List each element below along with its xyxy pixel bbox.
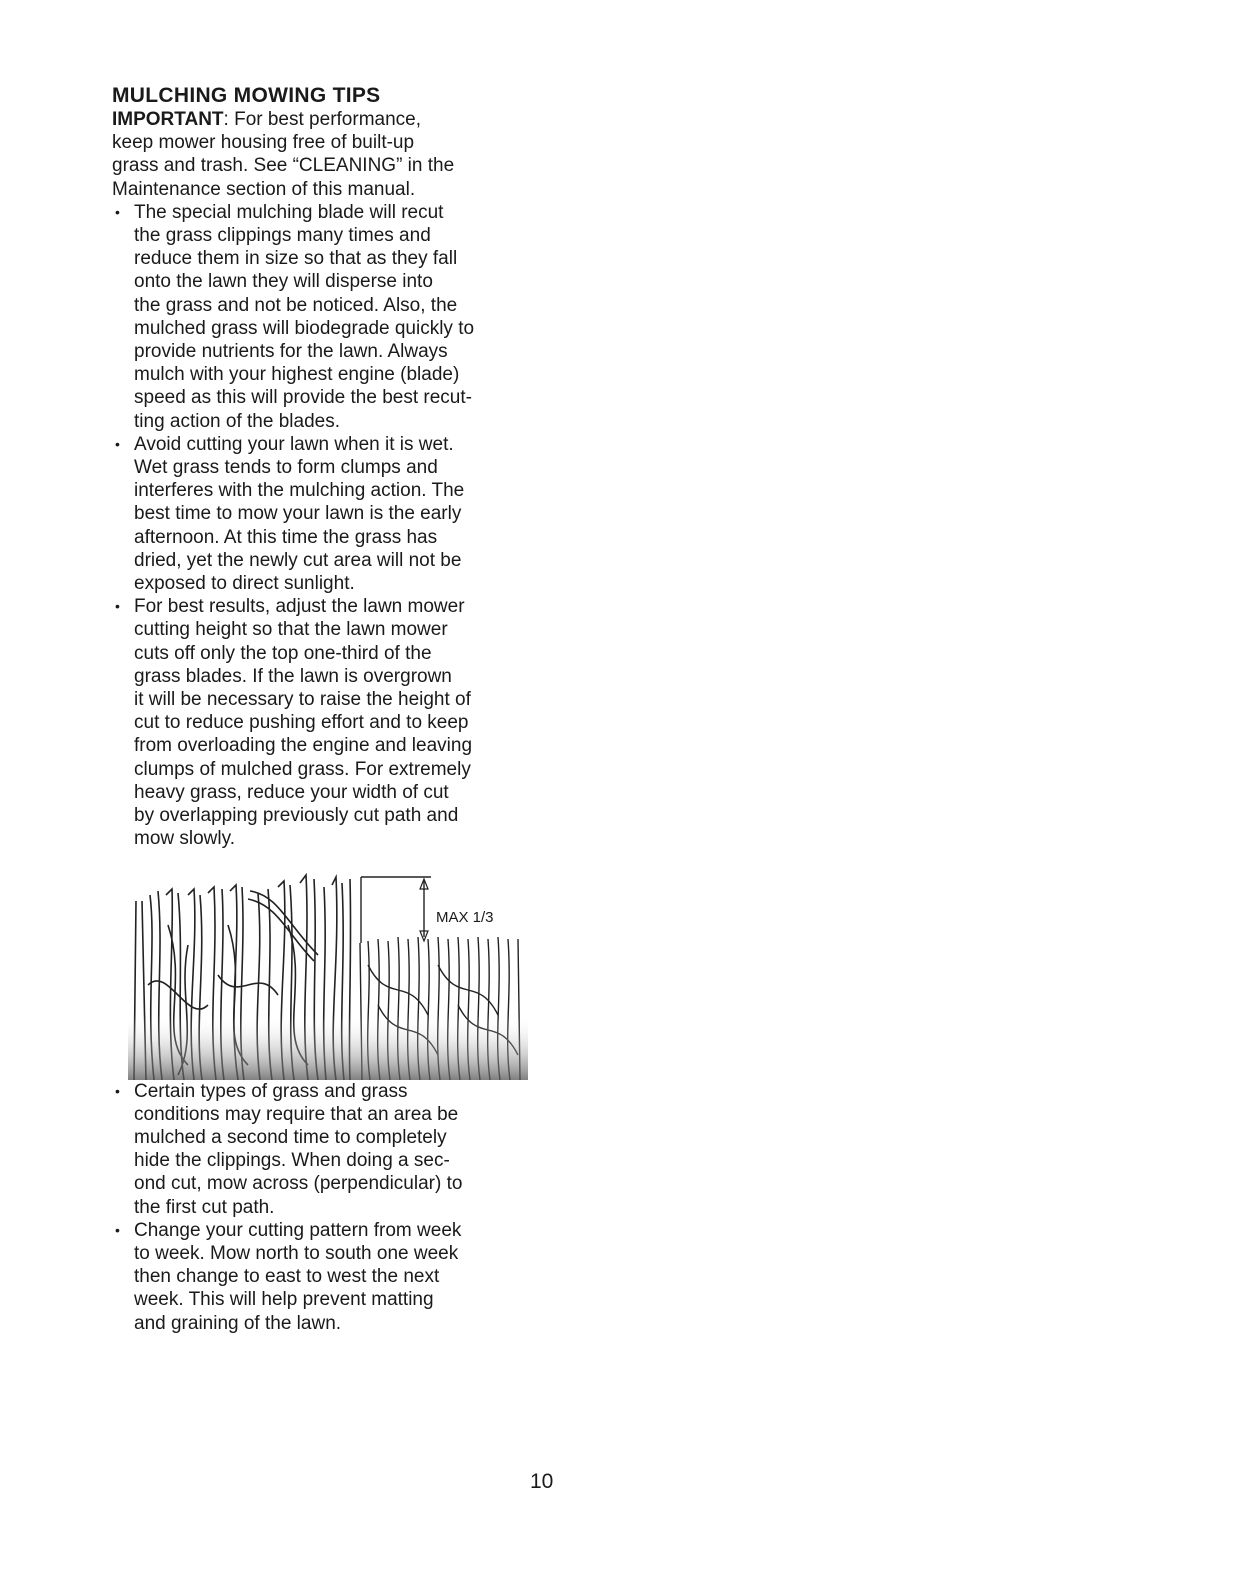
bullet-icon: • <box>115 1080 120 1103</box>
max-cut-label: MAX 1/3 <box>436 909 494 926</box>
tip-change-pattern: • Change your cutting pattern from week … <box>112 1219 542 1335</box>
tip-wet-grass: • Avoid cutting your lawn when it is wet… <box>112 433 542 595</box>
bullet-icon: • <box>115 201 120 224</box>
page-number: 10 <box>530 1470 553 1494</box>
bullet-icon: • <box>115 433 120 456</box>
bullet-icon: • <box>115 595 120 618</box>
manual-page: MULCHING MOWING TIPS IMPORTANT: For best… <box>112 84 542 1335</box>
bullet-icon: • <box>115 1219 120 1242</box>
tip-second-cut: • Certain types of grass and grass condi… <box>112 1080 542 1219</box>
tips-list: • The special mulching blade will recut … <box>112 201 542 851</box>
tip-mulching-blade: • The special mulching blade will recut … <box>112 201 542 433</box>
important-note: IMPORTANT: For best performance, keep mo… <box>112 108 542 201</box>
grass-cut-height-illustration: MAX 1/3 <box>128 865 528 1080</box>
tip-cutting-height: • For best results, adjust the lawn mowe… <box>112 595 542 850</box>
section-heading: MULCHING MOWING TIPS <box>112 84 542 108</box>
important-label: IMPORTANT <box>112 109 224 130</box>
tips-list-continued: • Certain types of grass and grass condi… <box>112 1080 542 1335</box>
grass-illustration-icon <box>128 865 528 1080</box>
